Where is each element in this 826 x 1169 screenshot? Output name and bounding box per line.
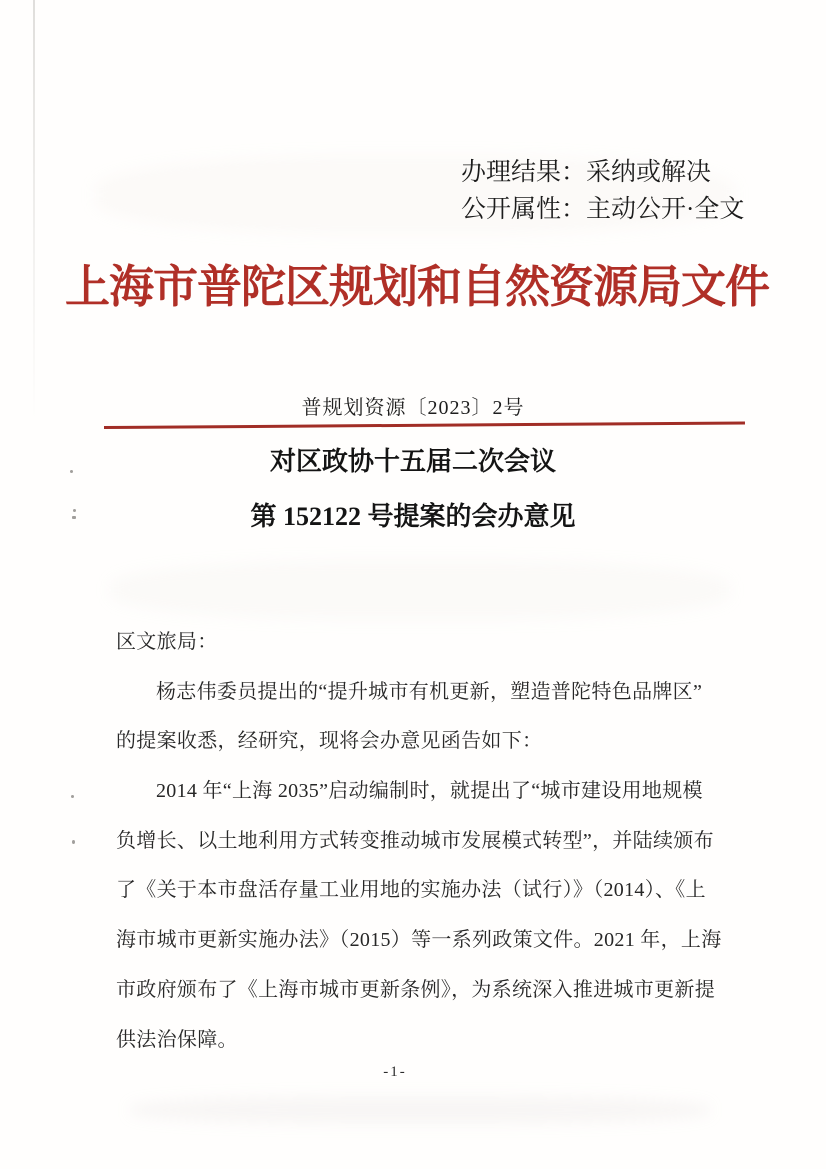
body-line: 供法治保障。 xyxy=(116,1016,718,1066)
body-line: 杨志伟委员提出的“提升城市有机更新，塑造普陀特色品牌区” xyxy=(116,668,718,718)
scanned-document-page: 办理结果：采纳或解决 公开属性：主动公开·全文 上海市普陀区规划和自然资源局文件… xyxy=(0,0,826,1169)
document-subject: 对区政协十五届二次会议 第 152122 号提案的会办意见 xyxy=(0,434,826,544)
page-number: -1- xyxy=(0,1064,790,1081)
subject-line-2: 第 152122 号提案的会办意见 xyxy=(0,489,826,544)
body-line: 了《关于本市盘活存量工业用地的实施办法（试行）》（2014）、《上 xyxy=(116,866,718,916)
scan-speck xyxy=(73,509,76,512)
subject-line-1: 对区政协十五届二次会议 xyxy=(0,434,826,489)
scan-edge-artifact xyxy=(33,0,35,420)
body-line: 的提案收悉，经研究，现将会办意见函告如下： xyxy=(116,717,718,767)
paper-texture xyxy=(130,1096,710,1124)
body-line: 市政府颁布了《上海市城市更新条例》，为系统深入推进城市更新提 xyxy=(116,966,718,1016)
scan-speck xyxy=(70,470,73,473)
publicity-attribute-line: 公开属性：主动公开·全文 xyxy=(461,191,744,228)
body-line: 2014 年“上海 2035”启动编制时，就提出了“城市建设用地规模 xyxy=(116,767,718,817)
body-line: 海市城市更新实施办法》（2015）等一系列政策文件。2021 年，上海 xyxy=(116,916,718,966)
scan-speck xyxy=(71,795,74,798)
body-text: 区文旅局：杨志伟委员提出的“提升城市有机更新，塑造普陀特色品牌区”的提案收悉，经… xyxy=(116,618,718,1065)
paper-texture xyxy=(110,560,730,620)
handling-result-line: 办理结果：采纳或解决 xyxy=(461,154,744,191)
scan-speck xyxy=(72,516,76,519)
red-separator-line xyxy=(104,422,745,429)
body-line: 区文旅局： xyxy=(116,618,718,668)
document-number: 普规划资源〔2023〕2号 xyxy=(0,391,826,420)
body-line: 负增长、以土地利用方式转变推动城市发展模式转型”，并陆续颁布 xyxy=(116,817,718,867)
scan-speck xyxy=(72,840,75,844)
handling-meta-block: 办理结果：采纳或解决 公开属性：主动公开·全文 xyxy=(461,154,744,228)
agency-letterhead-title: 上海市普陀区规划和自然资源局文件 xyxy=(4,250,826,315)
